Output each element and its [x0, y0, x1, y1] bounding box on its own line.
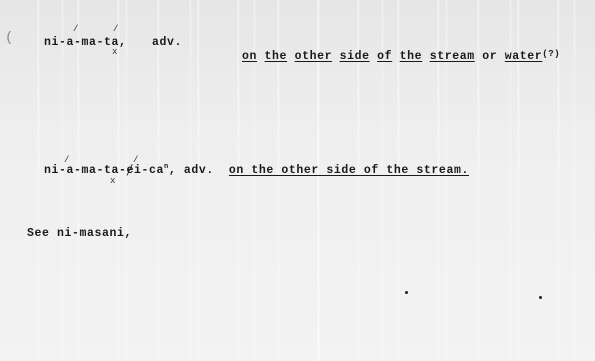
accent-mark: /	[113, 24, 118, 34]
cross-reference: See ni-masani,	[27, 227, 132, 240]
entry-2-line: ni-a-ma-ta-ɇi-can, adv. on the other sid…	[44, 163, 469, 177]
margin-mark: (	[5, 30, 13, 46]
entry-2-pos: adv.	[184, 164, 214, 177]
speck	[539, 296, 542, 299]
entry-2-definition: on the other side of the stream.	[229, 164, 469, 177]
entry-1-pos: adv.	[152, 36, 182, 49]
accent-mark: /	[73, 24, 78, 34]
breve-mark: x	[110, 176, 115, 186]
entry-1-headword: ni-a-ma-ta,	[44, 36, 127, 49]
entry-2-headword: ni-a-ma-ta-ɇi-ca	[44, 164, 164, 177]
entry-1-definition: on the other side of the stream or water…	[212, 36, 560, 76]
speck	[405, 291, 408, 294]
